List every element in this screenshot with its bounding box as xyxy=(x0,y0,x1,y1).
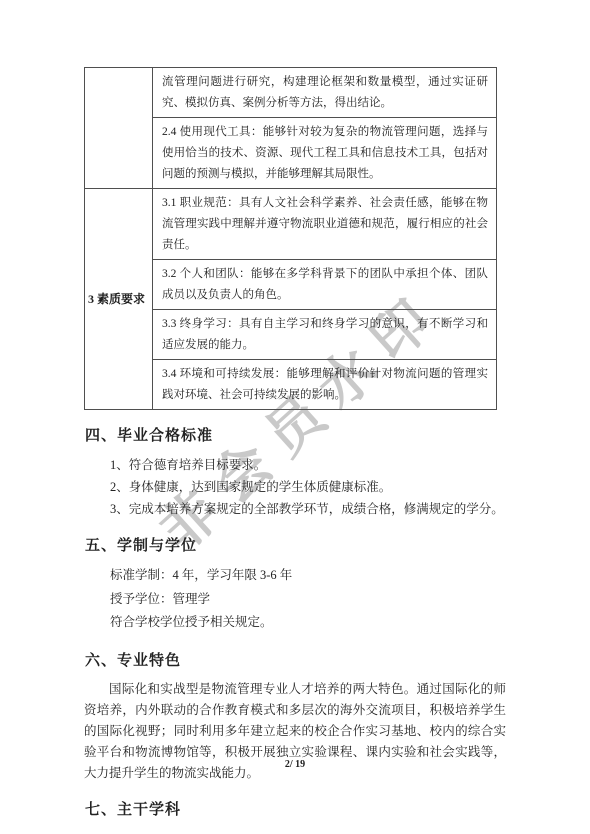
ability-requirement-cell: 2.4 使用现代工具：能够针对较为复杂的物流管理问题，选择与使用恰当的技术、资源… xyxy=(153,118,497,189)
section-title-degree: 五、学制与学位 xyxy=(85,534,506,555)
quality-requirement-cell: 3.2 个人和团队：能够在多学科背景下的团队中承担个体、团队成员以及负责人的角色… xyxy=(153,260,497,310)
degree-line: 符合学校学位授予相关规定。 xyxy=(110,611,506,635)
quality-requirement-cell: 3.1 职业规范：具有人文社会科学素养、社会责任感，能够在物流管理实践中理解并遵… xyxy=(153,189,497,260)
section-title-core-subjects: 七、主干学科 xyxy=(85,798,506,819)
degree-line: 授予学位：管理学 xyxy=(110,588,506,612)
section-title-graduation: 四、毕业合格标准 xyxy=(85,424,506,445)
degree-line: 标准学制：4 年，学习年限 3-6 年 xyxy=(110,564,506,588)
quality-category-cell: 3 素质要求 xyxy=(85,189,153,410)
quality-requirement-cell: 3.4 环境和可持续发展：能够理解和评价针对物流问题的管理实践对环境、社会可持续… xyxy=(153,360,497,410)
page-content: 流管理问题进行研究，构建理论框架和数量模型，通过实证研究、模拟仿真、案例分析等方… xyxy=(0,0,590,819)
graduation-item: 1、符合德育培养目标要求。 xyxy=(110,454,506,476)
section-title-features: 六、专业特色 xyxy=(85,649,506,670)
page-number: 2/ 19 xyxy=(0,759,590,770)
section-degree: 五、学制与学位 标准学制：4 年，学习年限 3-6 年 授予学位：管理学 符合学… xyxy=(84,534,506,635)
ability-category-cell-empty xyxy=(85,68,153,189)
document-page: 非会员水印 流管理问题进行研究，构建理论框架和数量模型，通过实证研究、模拟仿真、… xyxy=(0,0,590,834)
section-core-subjects: 七、主干学科 xyxy=(84,798,506,819)
graduation-item: 2、身体健康，达到国家规定的学生体质健康标准。 xyxy=(110,476,506,498)
section-graduation: 四、毕业合格标准 1、符合德育培养目标要求。 2、身体健康，达到国家规定的学生体… xyxy=(84,424,506,520)
table-row: 3 素质要求 3.1 职业规范：具有人文社会科学素养、社会责任感，能够在物流管理… xyxy=(85,189,497,260)
table-row: 流管理问题进行研究，构建理论框架和数量模型，通过实证研究、模拟仿真、案例分析等方… xyxy=(85,68,497,118)
graduation-item: 3、完成本培养方案规定的全部教学环节，成绩合格，修满规定的学分。 xyxy=(110,498,506,520)
outcomes-table: 流管理问题进行研究，构建理论框架和数量模型，通过实证研究、模拟仿真、案例分析等方… xyxy=(84,67,497,410)
ability-requirement-cell: 流管理问题进行研究，构建理论框架和数量模型，通过实证研究、模拟仿真、案例分析等方… xyxy=(153,68,497,118)
quality-requirement-cell: 3.3 终身学习：具有自主学习和终身学习的意识，有不断学习和适应发展的能力。 xyxy=(153,310,497,360)
